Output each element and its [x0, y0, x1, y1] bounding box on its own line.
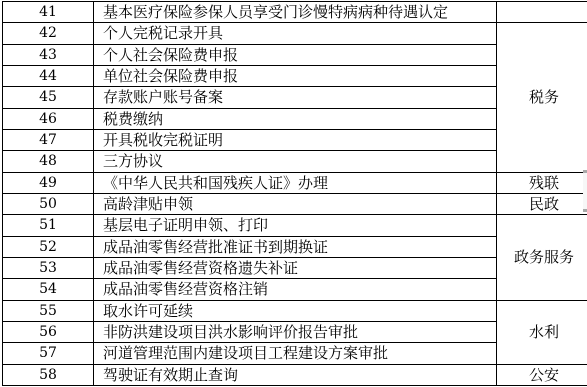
row-number: 58 [3, 364, 94, 385]
item-name: 税费缴纳 [94, 108, 497, 129]
table-row: 55 取水许可延续 水利 [3, 300, 587, 321]
item-name: 非防洪建设项目洪水影响评价报告审批 [94, 321, 497, 342]
category-cell-disabled-federation: 残联 [497, 172, 587, 193]
item-name: 个人完税记录开具 [94, 23, 497, 44]
row-number: 50 [3, 193, 94, 214]
row-number: 42 [3, 23, 94, 44]
row-number: 41 [3, 2, 94, 23]
table-row: 42 个人完税记录开具 税务 [3, 23, 587, 44]
item-name: 开具税收完税证明 [94, 129, 497, 150]
item-name: 河道管理范围内建设项目工程建设方案审批 [94, 343, 497, 364]
row-number: 53 [3, 257, 94, 278]
services-table: 41 基本医疗保险参保人员享受门诊慢特病病种待遇认定 42 个人完税记录开具 税… [2, 1, 587, 386]
row-number: 54 [3, 279, 94, 300]
row-number: 57 [3, 343, 94, 364]
row-number: 55 [3, 300, 94, 321]
row-number: 43 [3, 44, 94, 65]
row-number: 52 [3, 236, 94, 257]
row-number: 45 [3, 87, 94, 108]
category-cell-water-resources: 水利 [497, 300, 587, 364]
category-cell-civil-affairs: 民政 [497, 193, 587, 214]
table-row: 58 驾驶证有效期止查询 公安 [3, 364, 587, 385]
item-name: 基本医疗保险参保人员享受门诊慢特病病种待遇认定 [94, 2, 497, 23]
table-row: 41 基本医疗保险参保人员享受门诊慢特病病种待遇认定 [3, 2, 587, 23]
row-number: 51 [3, 215, 94, 236]
item-name: 成品油零售经营资格遗失补证 [94, 257, 497, 278]
item-name: 三方协议 [94, 151, 497, 172]
row-number: 49 [3, 172, 94, 193]
table-row: 49 《中华人民共和国残疾人证》办理 残联 [3, 172, 587, 193]
row-number: 46 [3, 108, 94, 129]
item-name: 取水许可延续 [94, 300, 497, 321]
row-number: 56 [3, 321, 94, 342]
item-name: 成品油零售经营批准证书到期换证 [94, 236, 497, 257]
category-cell-empty [497, 2, 587, 23]
category-cell-public-security: 公安 [497, 364, 587, 385]
item-name: 个人社会保险费申报 [94, 44, 497, 65]
table-row: 51 基层电子证明申领、打印 政务服务 [3, 215, 587, 236]
row-number: 47 [3, 129, 94, 150]
scrollbar-artifact [583, 170, 587, 212]
item-name: 单位社会保险费申报 [94, 65, 497, 86]
category-cell-taxation: 税务 [497, 23, 587, 172]
item-name: 驾驶证有效期止查询 [94, 364, 497, 385]
item-name: 存款账户账号备案 [94, 87, 497, 108]
item-name: 《中华人民共和国残疾人证》办理 [94, 172, 497, 193]
item-name: 基层电子证明申领、打印 [94, 215, 497, 236]
item-name: 高龄津贴申领 [94, 193, 497, 214]
category-cell-government-services: 政务服务 [497, 215, 587, 300]
row-number: 48 [3, 151, 94, 172]
row-number: 44 [3, 65, 94, 86]
item-name: 成品油零售经营资格注销 [94, 279, 497, 300]
table-row: 50 高龄津贴申领 民政 [3, 193, 587, 214]
